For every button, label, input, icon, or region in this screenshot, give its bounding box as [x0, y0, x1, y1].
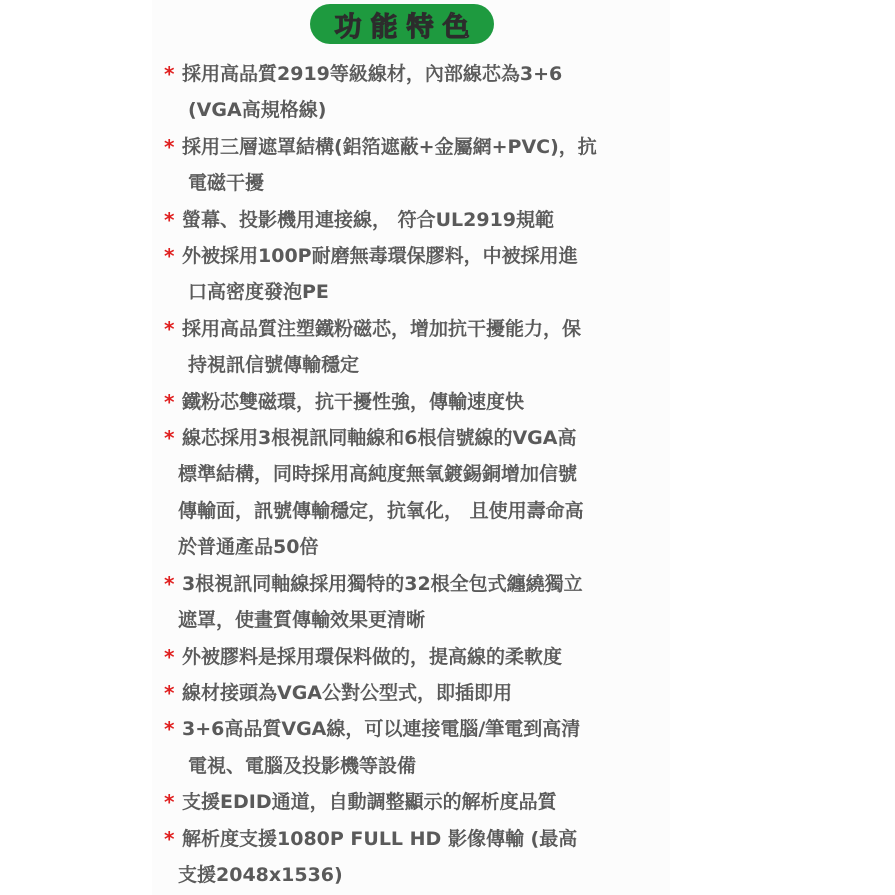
feature-text: 線材接頭為VGA公對公型式，即插即用 [182, 675, 662, 711]
feature-text: 持視訊信號傳輸穩定 [182, 347, 662, 383]
feature-item: * 3根視訊同軸線採用獨特的32根全包式纏繞獨立 遮罩，使畫質傳輸效果更清晰 [162, 566, 662, 639]
feature-item: * 採用高品質2919等級線材，內部線芯為3+6 (VGA高規格線) [162, 56, 662, 129]
feature-text: 標準結構，同時採用高純度無氧鍍錫銅增加信號 [178, 456, 662, 492]
feature-text: 電視、電腦及投影機等設備 [182, 748, 662, 784]
feature-text: 支援EDID通道，自動調整顯示的解析度品質 [182, 784, 662, 820]
feature-text: 3根視訊同軸線採用獨特的32根全包式纏繞獨立 [182, 566, 662, 602]
feature-item: * 採用三層遮罩結構(鋁箔遮蔽+金屬網+PVC)，抗 電磁干擾 [162, 129, 662, 202]
asterisk-bullet-icon: * [164, 420, 174, 456]
feature-text: 外被膠料是採用環保料做的，提高線的柔軟度 [182, 639, 662, 675]
feature-text: 於普通產品50倍 [178, 529, 662, 565]
feature-text: 外被採用100P耐磨無毒環保膠料，中被採用進 [182, 238, 662, 274]
asterisk-bullet-icon: * [164, 311, 174, 347]
feature-item: * 鐵粉芯雙磁環，抗干擾性強，傳輸速度快 [162, 384, 662, 420]
asterisk-bullet-icon: * [164, 202, 174, 238]
feature-text: 採用三層遮罩結構(鋁箔遮蔽+金屬網+PVC)，抗 [182, 129, 662, 165]
asterisk-bullet-icon: * [164, 238, 174, 274]
feature-text: 傳輸面，訊號傳輸穩定，抗氧化， 且使用壽命高 [178, 493, 662, 529]
asterisk-bullet-icon: * [164, 56, 174, 92]
feature-item: * 採用高品質注塑鐵粉磁芯，增加抗干擾能力，保 持視訊信號傳輸穩定 [162, 311, 662, 384]
feature-list: * 採用高品質2919等級線材，內部線芯為3+6 (VGA高規格線) * 採用三… [162, 56, 662, 893]
feature-item: * 支援EDID通道，自動調整顯示的解析度品質 [162, 784, 662, 820]
feature-text: 電磁干擾 [182, 165, 662, 201]
feature-text: 線芯採用3根視訊同軸線和6根信號線的VGA高 [182, 420, 662, 456]
section-title-badge: 功能特色 [310, 4, 494, 44]
feature-item: * 螢幕、投影機用連接線， 符合UL2919規範 [162, 202, 662, 238]
feature-item: * 3+6高品質VGA線，可以連接電腦/筆電到高清 電視、電腦及投影機等設備 [162, 711, 662, 784]
feature-text: 口高密度發泡PE [182, 274, 662, 310]
feature-text: 解析度支援1080P FULL HD 影像傳輸 (最高 [182, 821, 662, 857]
feature-text: 採用高品質注塑鐵粉磁芯，增加抗干擾能力，保 [182, 311, 662, 347]
feature-text: 鐵粉芯雙磁環，抗干擾性強，傳輸速度快 [182, 384, 662, 420]
feature-text: 採用高品質2919等級線材，內部線芯為3+6 [182, 56, 662, 92]
section-title: 功能特色 [326, 5, 479, 44]
feature-text: 3+6高品質VGA線，可以連接電腦/筆電到高清 [182, 711, 662, 747]
asterisk-bullet-icon: * [164, 675, 174, 711]
feature-item: * 解析度支援1080P FULL HD 影像傳輸 (最高 支援2048x153… [162, 821, 662, 894]
feature-item: * 外被採用100P耐磨無毒環保膠料，中被採用進 口高密度發泡PE [162, 238, 662, 311]
feature-text: 支援2048x1536) [178, 857, 662, 893]
asterisk-bullet-icon: * [164, 821, 174, 857]
asterisk-bullet-icon: * [164, 639, 174, 675]
feature-text: (VGA高規格線) [182, 92, 662, 128]
feature-text: 遮罩，使畫質傳輸效果更清晰 [178, 602, 662, 638]
asterisk-bullet-icon: * [164, 784, 174, 820]
feature-item: * 線芯採用3根視訊同軸線和6根信號線的VGA高 標準結構，同時採用高純度無氧鍍… [162, 420, 662, 566]
asterisk-bullet-icon: * [164, 129, 174, 165]
feature-text: 螢幕、投影機用連接線， 符合UL2919規範 [182, 202, 662, 238]
feature-item: * 線材接頭為VGA公對公型式，即插即用 [162, 675, 662, 711]
asterisk-bullet-icon: * [164, 566, 174, 602]
asterisk-bullet-icon: * [164, 711, 174, 747]
asterisk-bullet-icon: * [164, 384, 174, 420]
feature-item: * 外被膠料是採用環保料做的，提高線的柔軟度 [162, 639, 662, 675]
